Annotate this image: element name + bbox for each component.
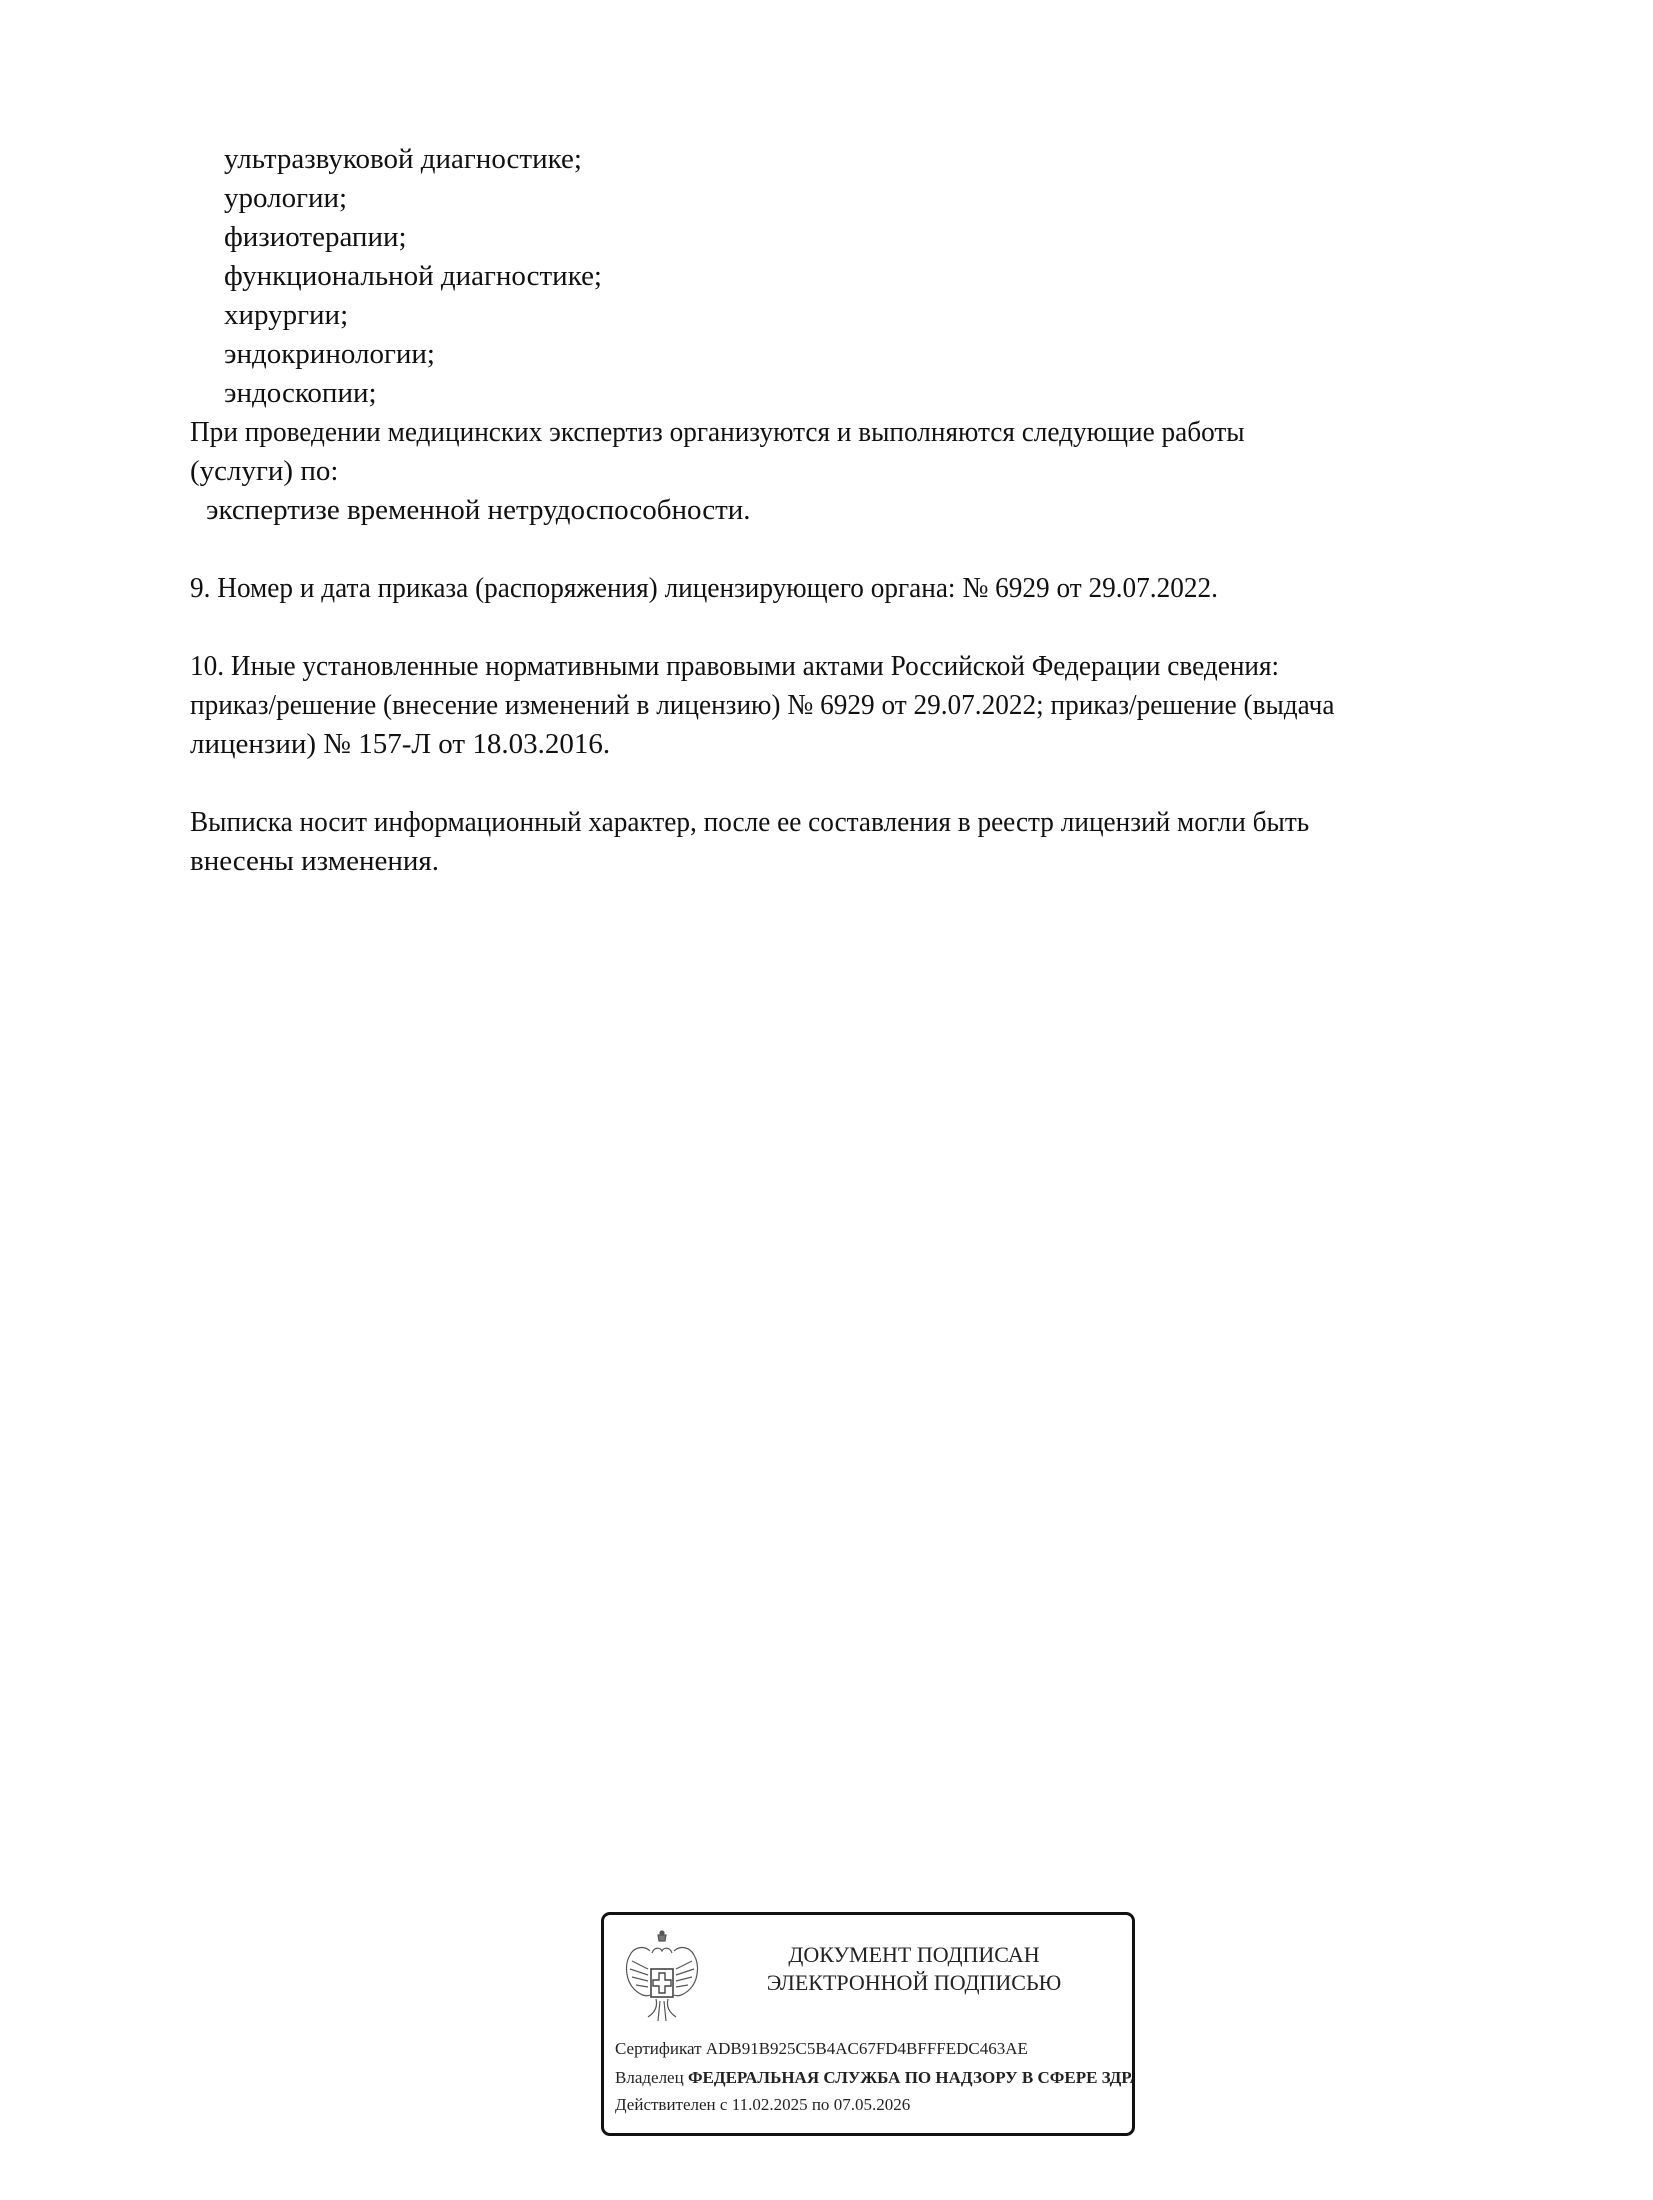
valid-from-date: 11.02.2025 — [732, 2095, 808, 2114]
stamp-title-line2: ЭЛЕКТРОННОЙ ПОДПИСЬЮ — [724, 1969, 1104, 1997]
validity-to-label: по — [812, 2095, 830, 2114]
certificate-row: Сертификат ADB91B925C5B4AC67FD4BFFFEDC46… — [615, 2037, 1028, 2061]
item-10-orders-cont: лицензии) № 157-Л от 18.03.2016. — [190, 724, 610, 764]
owner-row: Владелец ФЕДЕРАЛЬНАЯ СЛУЖБА ПО НАДЗОРУ В… — [615, 2066, 1135, 2090]
specialty-item: урологии; — [224, 178, 347, 218]
specialty-item: функциональной диагностике; — [224, 256, 602, 296]
owner-value: ФЕДЕРАЛЬНАЯ СЛУЖБА ПО НАДЗОРУ В СФЕРЕ ЗД… — [688, 2068, 1135, 2087]
expertise-intro: При проведении медицинских экспертиз орг… — [190, 412, 1245, 452]
certificate-label: Сертификат — [615, 2039, 702, 2058]
certificate-value: ADB91B925C5B4AC67FD4BFFFEDC463AE — [706, 2039, 1028, 2058]
disclaimer-note-cont: внесены изменения. — [190, 841, 439, 881]
document-page: ультразвуковой диагностике; урологии; фи… — [0, 0, 1653, 2200]
specialty-item: эндоскопии; — [224, 373, 377, 413]
electronic-signature-stamp: ДОКУМЕНТ ПОДПИСАН ЭЛЕКТРОННОЙ ПОДПИСЬЮ С… — [601, 1912, 1135, 2136]
valid-to-date: 07.05.2026 — [834, 2095, 911, 2114]
expertise-item: экспертизе временной нетрудоспособности. — [206, 490, 751, 530]
owner-label: Владелец — [615, 2068, 684, 2087]
specialty-item: ультразвуковой диагностике; — [224, 139, 582, 179]
specialty-item: хирургии; — [224, 295, 348, 335]
specialty-item: эндокринологии; — [224, 334, 435, 374]
disclaimer-note: Выписка носит информационный характер, п… — [190, 802, 1309, 842]
specialty-item: физиотерапии; — [224, 217, 407, 257]
validity-row: Действителен с 11.02.2025 по 07.05.2026 — [615, 2093, 910, 2117]
validity-label: Действителен с — [615, 2095, 727, 2114]
coat-of-arms-emblem-icon — [622, 1929, 702, 2029]
expertise-intro-cont: (услуги) по: — [190, 451, 338, 491]
item-10-heading: 10. Иные установленные нормативными прав… — [190, 646, 1279, 686]
item-9-order-number: 9. Номер и дата приказа (распоряжения) л… — [190, 568, 1218, 608]
item-10-orders: приказ/решение (внесение изменений в лиц… — [190, 685, 1334, 725]
stamp-title-line1: ДОКУМЕНТ ПОДПИСАН — [724, 1941, 1104, 1969]
